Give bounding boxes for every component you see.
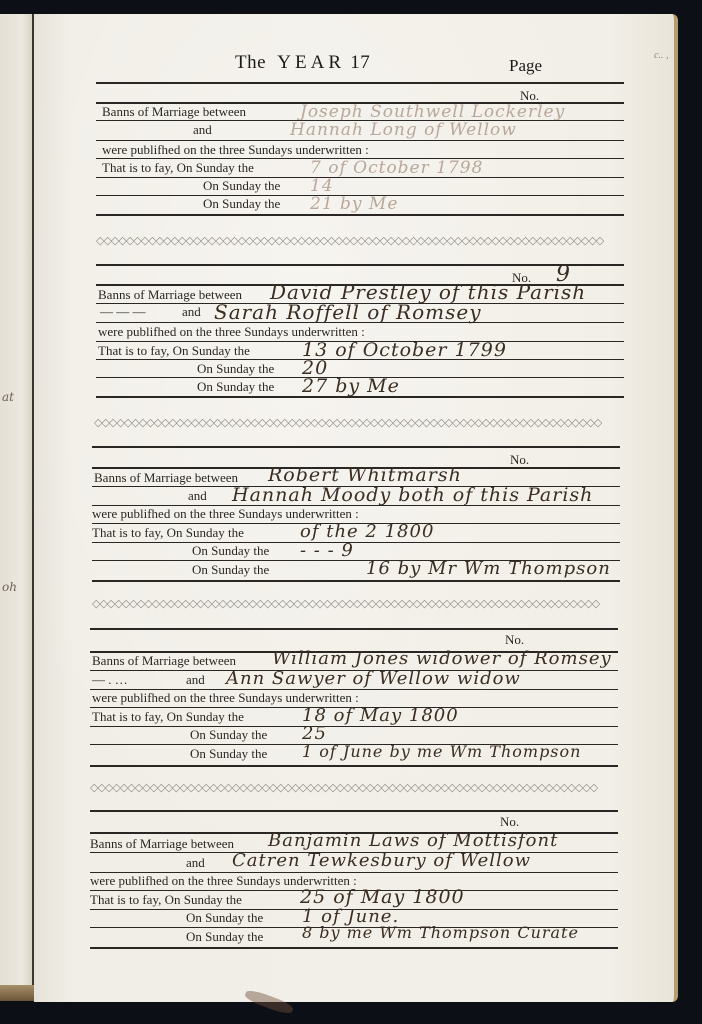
bride-prefix: — . … bbox=[92, 672, 128, 688]
sunday-3-date: 21 by Me bbox=[310, 194, 398, 214]
margin-note: at bbox=[2, 390, 14, 404]
sunday-3-label: On Sunday the bbox=[192, 562, 269, 578]
entry-number-label: No. bbox=[505, 632, 524, 648]
page-title: The YEAR 17 bbox=[235, 52, 370, 74]
sunday-3-date: 16 by Mr Wm Thompson bbox=[366, 558, 611, 579]
sunday-2-label: On Sunday the bbox=[197, 361, 274, 377]
groom-name: Banjamin Laws of Mottisfont bbox=[268, 830, 558, 851]
sunday-1-label: That is to fay, On Sunday the bbox=[92, 709, 244, 725]
published-label: were publifhed on the three Sundays unde… bbox=[92, 506, 359, 522]
sunday-1-date: 7 of October 1798 bbox=[310, 158, 483, 178]
sunday-2-label: On Sunday the bbox=[203, 178, 280, 194]
sunday-2-label: On Sunday the bbox=[190, 727, 267, 743]
sunday-1-label: That is to fay, On Sunday the bbox=[98, 343, 250, 359]
groom-name: Robert Whitmarsh bbox=[268, 464, 462, 486]
ornamental-divider: ◇◇◇◇◇◇◇◇◇◇◇◇◇◇◇◇◇◇◇◇◇◇◇◇◇◇◇◇◇◇◇◇◇◇◇◇◇◇◇◇… bbox=[94, 417, 622, 429]
sunday-3-date: 8 by me Wm Thompson Curate bbox=[302, 923, 579, 942]
sunday-3-label: On Sunday the bbox=[197, 379, 274, 395]
and-label: and bbox=[188, 488, 207, 504]
published-label: were publifhed on the three Sundays unde… bbox=[102, 142, 369, 158]
bride-name: Hannah Moody both of this Parish bbox=[232, 484, 593, 506]
published-label: were publifhed on the three Sundays unde… bbox=[92, 690, 359, 706]
banns-label: Banns of Marriage between bbox=[90, 836, 234, 852]
sunday-1-label: That is to fay, On Sunday the bbox=[90, 892, 242, 908]
page-header: The YEAR 17 Page bbox=[95, 50, 625, 80]
sunday-2-label: On Sunday the bbox=[192, 543, 269, 559]
left-facing-page: at oh bbox=[0, 14, 34, 999]
groom-name: William Jones widower of Romsey bbox=[272, 648, 612, 669]
and-label: and bbox=[182, 304, 201, 320]
bride-name: Ann Sawyer of Wellow widow bbox=[226, 668, 521, 689]
banns-label: Banns of Marriage between bbox=[92, 653, 236, 669]
sunday-1-date: 13 of October 1799 bbox=[302, 339, 507, 361]
pencil-mark: c.. , bbox=[654, 50, 668, 61]
sunday-3-label: On Sunday the bbox=[190, 746, 267, 762]
bride-name: Hannah Long of Wellow bbox=[290, 120, 517, 140]
bride-prefix: — — — bbox=[100, 304, 146, 320]
sunday-1-date: of the 2 1800 bbox=[300, 521, 434, 542]
sunday-2-label: On Sunday the bbox=[186, 910, 263, 926]
sunday-2-date: - - - 9 bbox=[300, 540, 354, 561]
bride-name: Sarah Roffell of Romsey bbox=[214, 300, 482, 324]
sunday-3-date: 27 by Me bbox=[302, 375, 400, 397]
stain bbox=[243, 988, 294, 1016]
page-number-label: Page bbox=[509, 56, 542, 76]
and-label: and bbox=[193, 122, 212, 138]
margin-note: oh bbox=[2, 580, 17, 594]
ornamental-divider: ◇◇◇◇◇◇◇◇◇◇◇◇◇◇◇◇◇◇◇◇◇◇◇◇◇◇◇◇◇◇◇◇◇◇◇◇◇◇◇◇… bbox=[90, 782, 618, 794]
sunday-3-label: On Sunday the bbox=[186, 929, 263, 945]
and-label: and bbox=[186, 855, 205, 871]
banns-label: Banns of Marriage between bbox=[94, 470, 238, 486]
sunday-1-label: That is to fay, On Sunday the bbox=[92, 525, 244, 541]
banns-label: Banns of Marriage between bbox=[102, 104, 246, 120]
sunday-3-label: On Sunday the bbox=[203, 196, 280, 212]
entry-number-label: No. bbox=[500, 814, 519, 830]
and-label: and bbox=[186, 672, 205, 688]
ornamental-divider: ◇◇◇◇◇◇◇◇◇◇◇◇◇◇◇◇◇◇◇◇◇◇◇◇◇◇◇◇◇◇◇◇◇◇◇◇◇◇◇◇… bbox=[96, 235, 624, 247]
ornamental-divider: ◇◇◇◇◇◇◇◇◇◇◇◇◇◇◇◇◇◇◇◇◇◇◇◇◇◇◇◇◇◇◇◇◇◇◇◇◇◇◇◇… bbox=[92, 598, 620, 610]
groom-name: Joseph Southwell Lockerley bbox=[300, 102, 565, 122]
sunday-1-label: That is to fay, On Sunday the bbox=[102, 160, 254, 176]
sunday-2-date: 25 bbox=[302, 723, 327, 744]
entry-number-label: No. bbox=[510, 452, 529, 468]
bride-name: Catren Tewkesbury of Wellow bbox=[232, 850, 531, 871]
sunday-2-date: 14 bbox=[310, 176, 334, 196]
sunday-1-date: 25 of May 1800 bbox=[300, 886, 465, 908]
published-label: were publifhed on the three Sundays unde… bbox=[98, 324, 365, 340]
sunday-3-date: 1 of June by me Wm Thompson bbox=[302, 742, 581, 761]
